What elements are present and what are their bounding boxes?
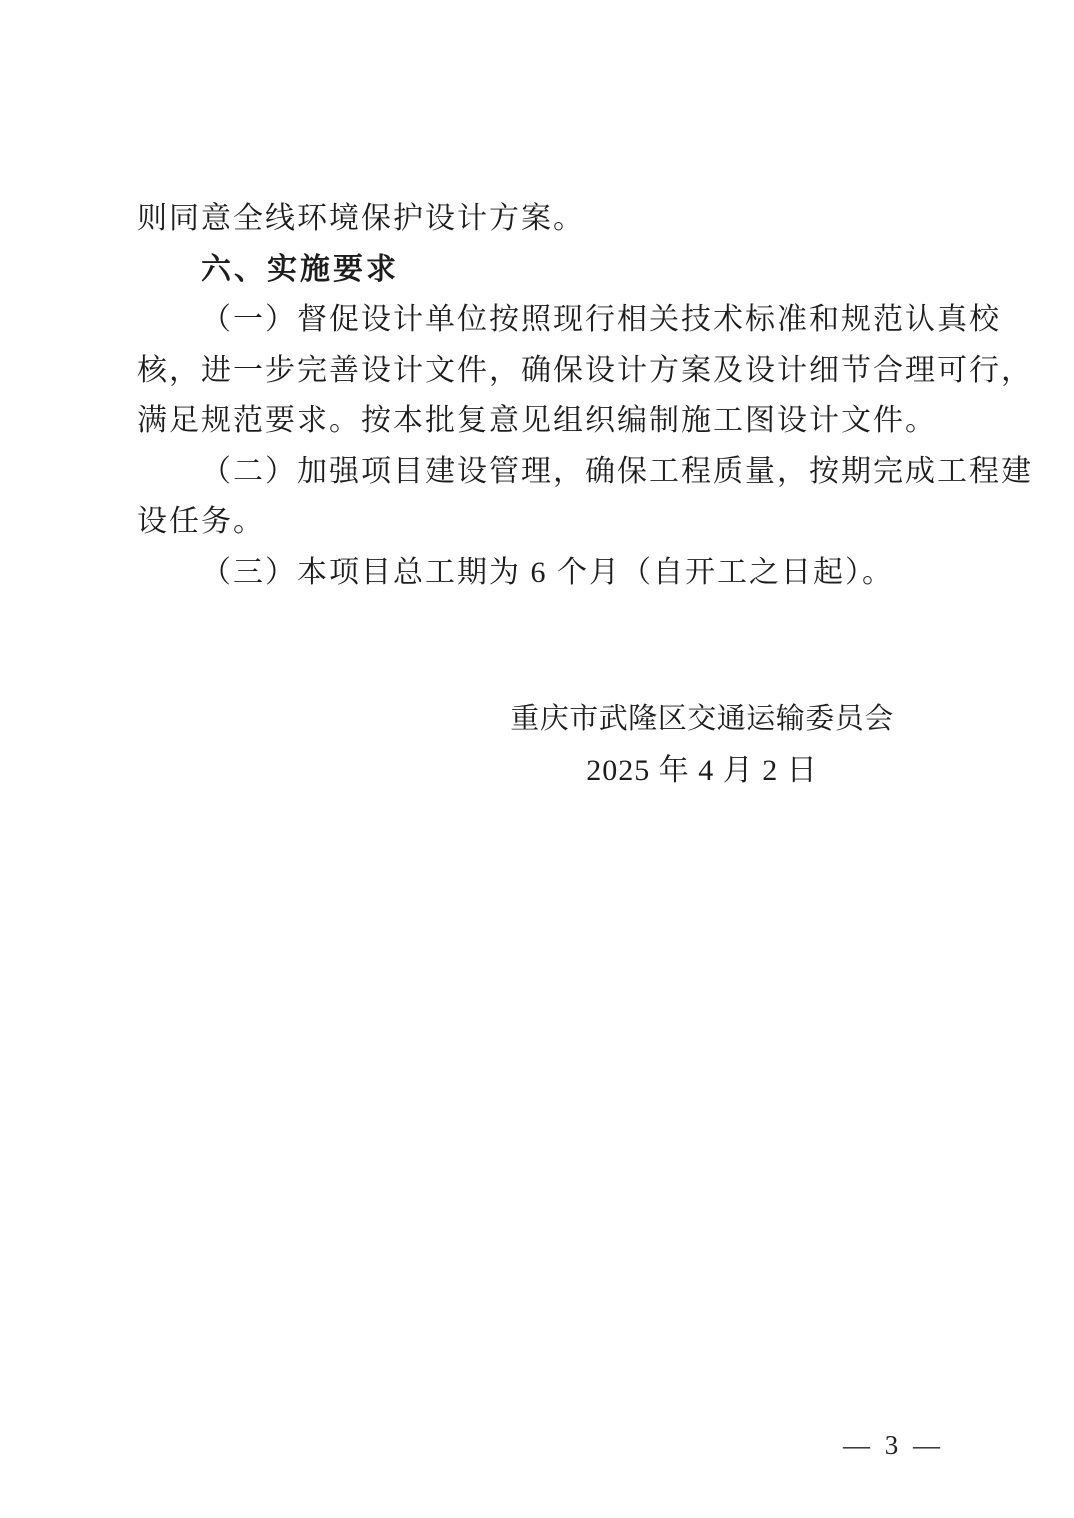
body-line: 设任务。 xyxy=(137,497,937,548)
document-body: 则同意全线环境保护设计方案。 六、实施要求 （一）督促设计单位按照现行相关技术标… xyxy=(137,194,937,598)
signature-date: 2025 年 4 月 2 日 xyxy=(330,752,1074,790)
section-heading: 六、实施要求 xyxy=(137,245,937,296)
signature-organization: 重庆市武隆区交通运输委员会 xyxy=(330,700,1074,738)
body-line: 核，进一步完善设计文件，确保设计方案及设计细节合理可行， xyxy=(137,346,937,397)
body-line: （二）加强项目建设管理，确保工程质量，按期完成工程建 xyxy=(137,447,937,498)
page-number: — 3 — xyxy=(843,1430,943,1461)
document-page: 则同意全线环境保护设计方案。 六、实施要求 （一）督促设计单位按照现行相关技术标… xyxy=(0,0,1074,1518)
body-line: （一）督促设计单位按照现行相关技术标准和规范认真校 xyxy=(137,295,937,346)
body-line: 满足规范要求。按本批复意见组织编制施工图设计文件。 xyxy=(137,396,937,447)
body-line: （三）本项目总工期为 6 个月（自开工之日起）。 xyxy=(137,548,937,599)
signature-block: 重庆市武隆区交通运输委员会 2025 年 4 月 2 日 xyxy=(330,700,1074,790)
continuation-line: 则同意全线环境保护设计方案。 xyxy=(137,194,937,245)
